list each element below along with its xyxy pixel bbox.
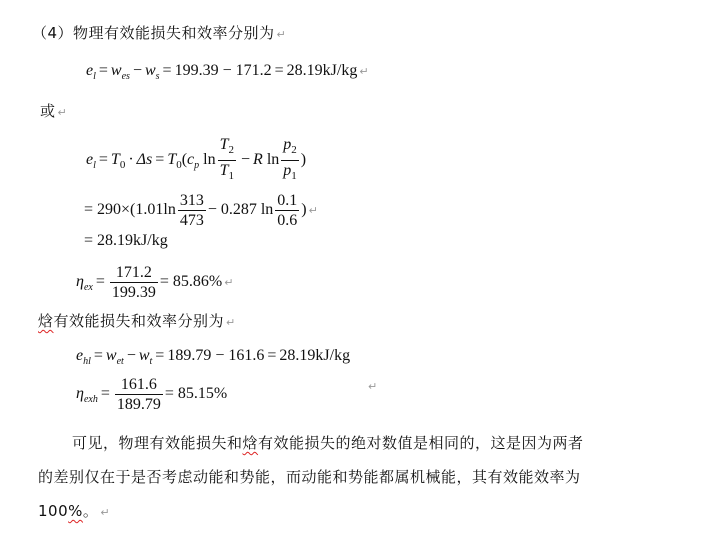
- sub: l: [93, 160, 96, 171]
- text: 的差别仅在于是否考虑动能和势能，而动能和势能都属机械能，其有效能效率为: [38, 468, 581, 486]
- sub: 0: [120, 159, 126, 171]
- sub: hl: [83, 356, 91, 367]
- result: 28.19kJ/kg: [287, 62, 358, 79]
- paragraph-mark-icon: ↵: [277, 28, 287, 41]
- equation-entropy-form: el=T0·Δs=T0(cp lnT2T1−R lnp2p1): [86, 136, 306, 185]
- sub: 1: [291, 170, 297, 182]
- text: 有效能损失的绝对数值是相同的，这是因为两者: [258, 434, 584, 452]
- spellcheck-marked-word: 焓: [38, 312, 54, 330]
- paragraph-mark-icon: ↵: [309, 204, 318, 217]
- conclusion-line-2: 的差别仅在于是否考虑动能和势能，而动能和势能都属机械能，其有效能效率为: [38, 468, 581, 486]
- paragraph-mark-icon: ↵: [368, 380, 377, 393]
- values: 189.79 − 161.6: [167, 347, 264, 364]
- or-text: 或: [40, 102, 56, 120]
- var-w: w: [139, 347, 150, 364]
- sub: ex: [84, 282, 93, 293]
- paragraph-mark-icon: ↵: [224, 276, 233, 289]
- section-heading-enthalpy: 焓有效能损失和效率分别为↵: [38, 312, 236, 332]
- fraction-313-473: 313473: [178, 192, 206, 229]
- paragraph-mark: ↵: [366, 376, 377, 396]
- denominator: 0.6: [275, 211, 299, 229]
- fraction-T2-T1: T2T1: [218, 136, 236, 185]
- sub: et: [117, 356, 124, 367]
- sub: 2: [229, 144, 235, 156]
- text: 。: [83, 502, 99, 520]
- result: = 85.15%: [165, 385, 227, 402]
- var-T: T: [167, 151, 176, 168]
- fraction-0.1-0.6: 0.10.6: [275, 192, 299, 229]
- equation-enthalpy-efficiency: ηexh=161.6189.79= 85.15%: [76, 376, 227, 413]
- heading-text: 有效能损失和效率分别为: [54, 312, 225, 330]
- fraction: 171.2199.39: [110, 264, 158, 301]
- result: 28.19kJ/kg: [279, 347, 350, 364]
- equation-numeric-substitution: = 290×(1.01ln313473− 0.287 ln0.10.6)↵: [84, 192, 318, 229]
- var-T: T: [220, 162, 229, 179]
- prefix: = 290×(1.01ln: [84, 201, 176, 218]
- paragraph-mark-icon: ↵: [100, 506, 110, 519]
- section-heading: （4）物理有效能损失和效率分别为↵: [32, 24, 286, 44]
- spellcheck-marked-word: 焓: [243, 434, 259, 452]
- var-w: w: [111, 62, 122, 79]
- sub: s: [156, 71, 160, 82]
- heading-text: （4）物理有效能损失和效率分别为: [32, 24, 275, 42]
- mid: − 0.287 ln: [208, 201, 273, 218]
- sub: exh: [84, 394, 98, 405]
- sub: 2: [291, 144, 297, 156]
- var-eta: η: [76, 385, 84, 402]
- equation-physical-exergy-loss: el=wes−ws=199.39 − 171.2=28.19kJ/kg↵: [86, 62, 369, 86]
- sub: p: [194, 160, 199, 171]
- var-T: T: [111, 151, 120, 168]
- denominator: 199.39: [110, 283, 158, 301]
- sub: t: [150, 356, 153, 367]
- var-ds: Δs: [137, 151, 153, 168]
- numerator: 171.2: [110, 264, 158, 283]
- text: 可见，物理有效能损失和: [72, 434, 243, 452]
- var-R: R: [253, 151, 263, 168]
- paragraph-mark-icon: ↵: [58, 106, 68, 119]
- values: 199.39 − 171.2: [175, 62, 272, 79]
- denominator: 189.79: [115, 395, 163, 413]
- equation-result: = 28.19kJ/kg: [84, 232, 168, 250]
- numerator: 0.1: [275, 192, 299, 211]
- spellcheck-marked-word: %: [68, 502, 83, 520]
- equation-physical-efficiency: ηex=171.2199.39= 85.86%↵: [76, 264, 233, 301]
- text: 100: [38, 502, 68, 520]
- result: = 85.86%: [160, 273, 222, 290]
- suffix: ): [301, 201, 306, 218]
- numerator: 313: [178, 192, 206, 211]
- result: = 28.19kJ/kg: [84, 232, 168, 249]
- sub: es: [122, 71, 130, 82]
- paragraph-mark-icon: ↵: [226, 316, 236, 329]
- var-T: T: [220, 136, 229, 153]
- var-eta: η: [76, 273, 84, 290]
- ln: ln: [203, 151, 215, 168]
- conclusion-line-1: 可见，物理有效能损失和焓有效能损失的绝对数值是相同的，这是因为两者: [72, 434, 584, 452]
- ln: ln: [267, 151, 279, 168]
- var-w: w: [106, 347, 117, 364]
- fraction-p2-p1: p2p1: [281, 136, 299, 185]
- sub: 0: [176, 159, 182, 171]
- sub: 1: [229, 170, 235, 182]
- numerator: 161.6: [115, 376, 163, 395]
- denominator: 473: [178, 211, 206, 229]
- or-label: 或↵: [40, 102, 67, 122]
- var-w: w: [145, 62, 156, 79]
- conclusion-line-3: 100%。↵: [38, 502, 110, 522]
- sub: l: [93, 71, 96, 82]
- equation-enthalpy-exergy-loss: ehl=wet−wt=189.79 − 161.6=28.19kJ/kg: [76, 347, 350, 371]
- paragraph-mark-icon: ↵: [359, 65, 368, 78]
- fraction: 161.6189.79: [115, 376, 163, 413]
